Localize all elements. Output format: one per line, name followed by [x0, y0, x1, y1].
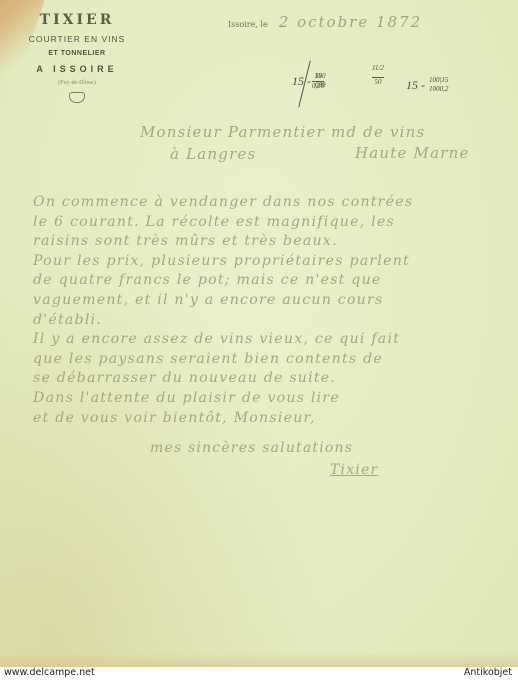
body-line: se débarrasser du nouveau de suite.	[33, 369, 513, 389]
date-line: Issoire, le 2 octobre 1872	[228, 12, 422, 31]
letter-paper: TIXIER COURTIER EN VINS ET TONNELIER A I…	[0, 0, 518, 667]
body-line: le 6 courant. La récolte est magnifique,…	[33, 213, 513, 233]
seller-watermark: Antikobjet	[464, 667, 512, 678]
letterhead-profession: COURTIER EN VINS	[12, 34, 142, 44]
body-line: Il y a encore assez de vins vieux, ce qu…	[33, 330, 513, 350]
letterhead: TIXIER COURTIER EN VINS ET TONNELIER A I…	[12, 12, 142, 103]
paper-stain	[0, 653, 518, 667]
body-line: et de vous voir bientôt, Monsieur,	[33, 409, 513, 429]
addressee-region: Haute Marne	[355, 144, 470, 162]
body-line: raisins sont très mûrs et très beaux.	[33, 232, 513, 252]
letterhead-name: TIXIER	[12, 12, 142, 28]
body-line: On commence à vendanger dans nos contrée…	[33, 193, 513, 213]
ornament-icon	[69, 92, 85, 103]
date-handwritten: 2 octobre 1872	[279, 13, 422, 31]
pencil-calc-d: 15 - 100|151000,2	[406, 76, 448, 94]
body-line: que les paysans seraient bien contents d…	[33, 350, 513, 370]
body-line: d'établi.	[33, 311, 513, 331]
addressee: Monsieur Parmentier md de vins à Langres…	[140, 123, 425, 167]
body-line: Pour les prix, plusieurs propriétaires p…	[33, 252, 513, 272]
addressee-name: Monsieur Parmentier md de vins	[140, 123, 425, 141]
pencil-calc-b: 150,20	[312, 72, 324, 91]
footer: www.delcampe.net Antikobjet	[0, 667, 518, 680]
source-watermark: www.delcampe.net	[4, 667, 95, 678]
letterhead-town: A ISSOIRE	[12, 64, 142, 74]
date-place: Issoire, le	[228, 20, 268, 29]
letterhead-profession-2: ET TONNELIER	[12, 50, 142, 57]
letter-body: On commence à vendanger dans nos contrée…	[33, 193, 513, 428]
body-line: de quatre francs le pot; mais ce n'est q…	[33, 271, 513, 291]
body-line: vaguement, et il n'y a encore aucun cour…	[33, 291, 513, 311]
closing: mes sincères salutations	[150, 440, 353, 456]
pencil-calc-c: 11/250	[372, 64, 384, 87]
letterhead-department: (Puy-de-Dôme)	[12, 80, 142, 86]
signature: Tixier	[330, 462, 378, 478]
body-line: Dans l'attente du plaisir de vous lire	[33, 389, 513, 409]
